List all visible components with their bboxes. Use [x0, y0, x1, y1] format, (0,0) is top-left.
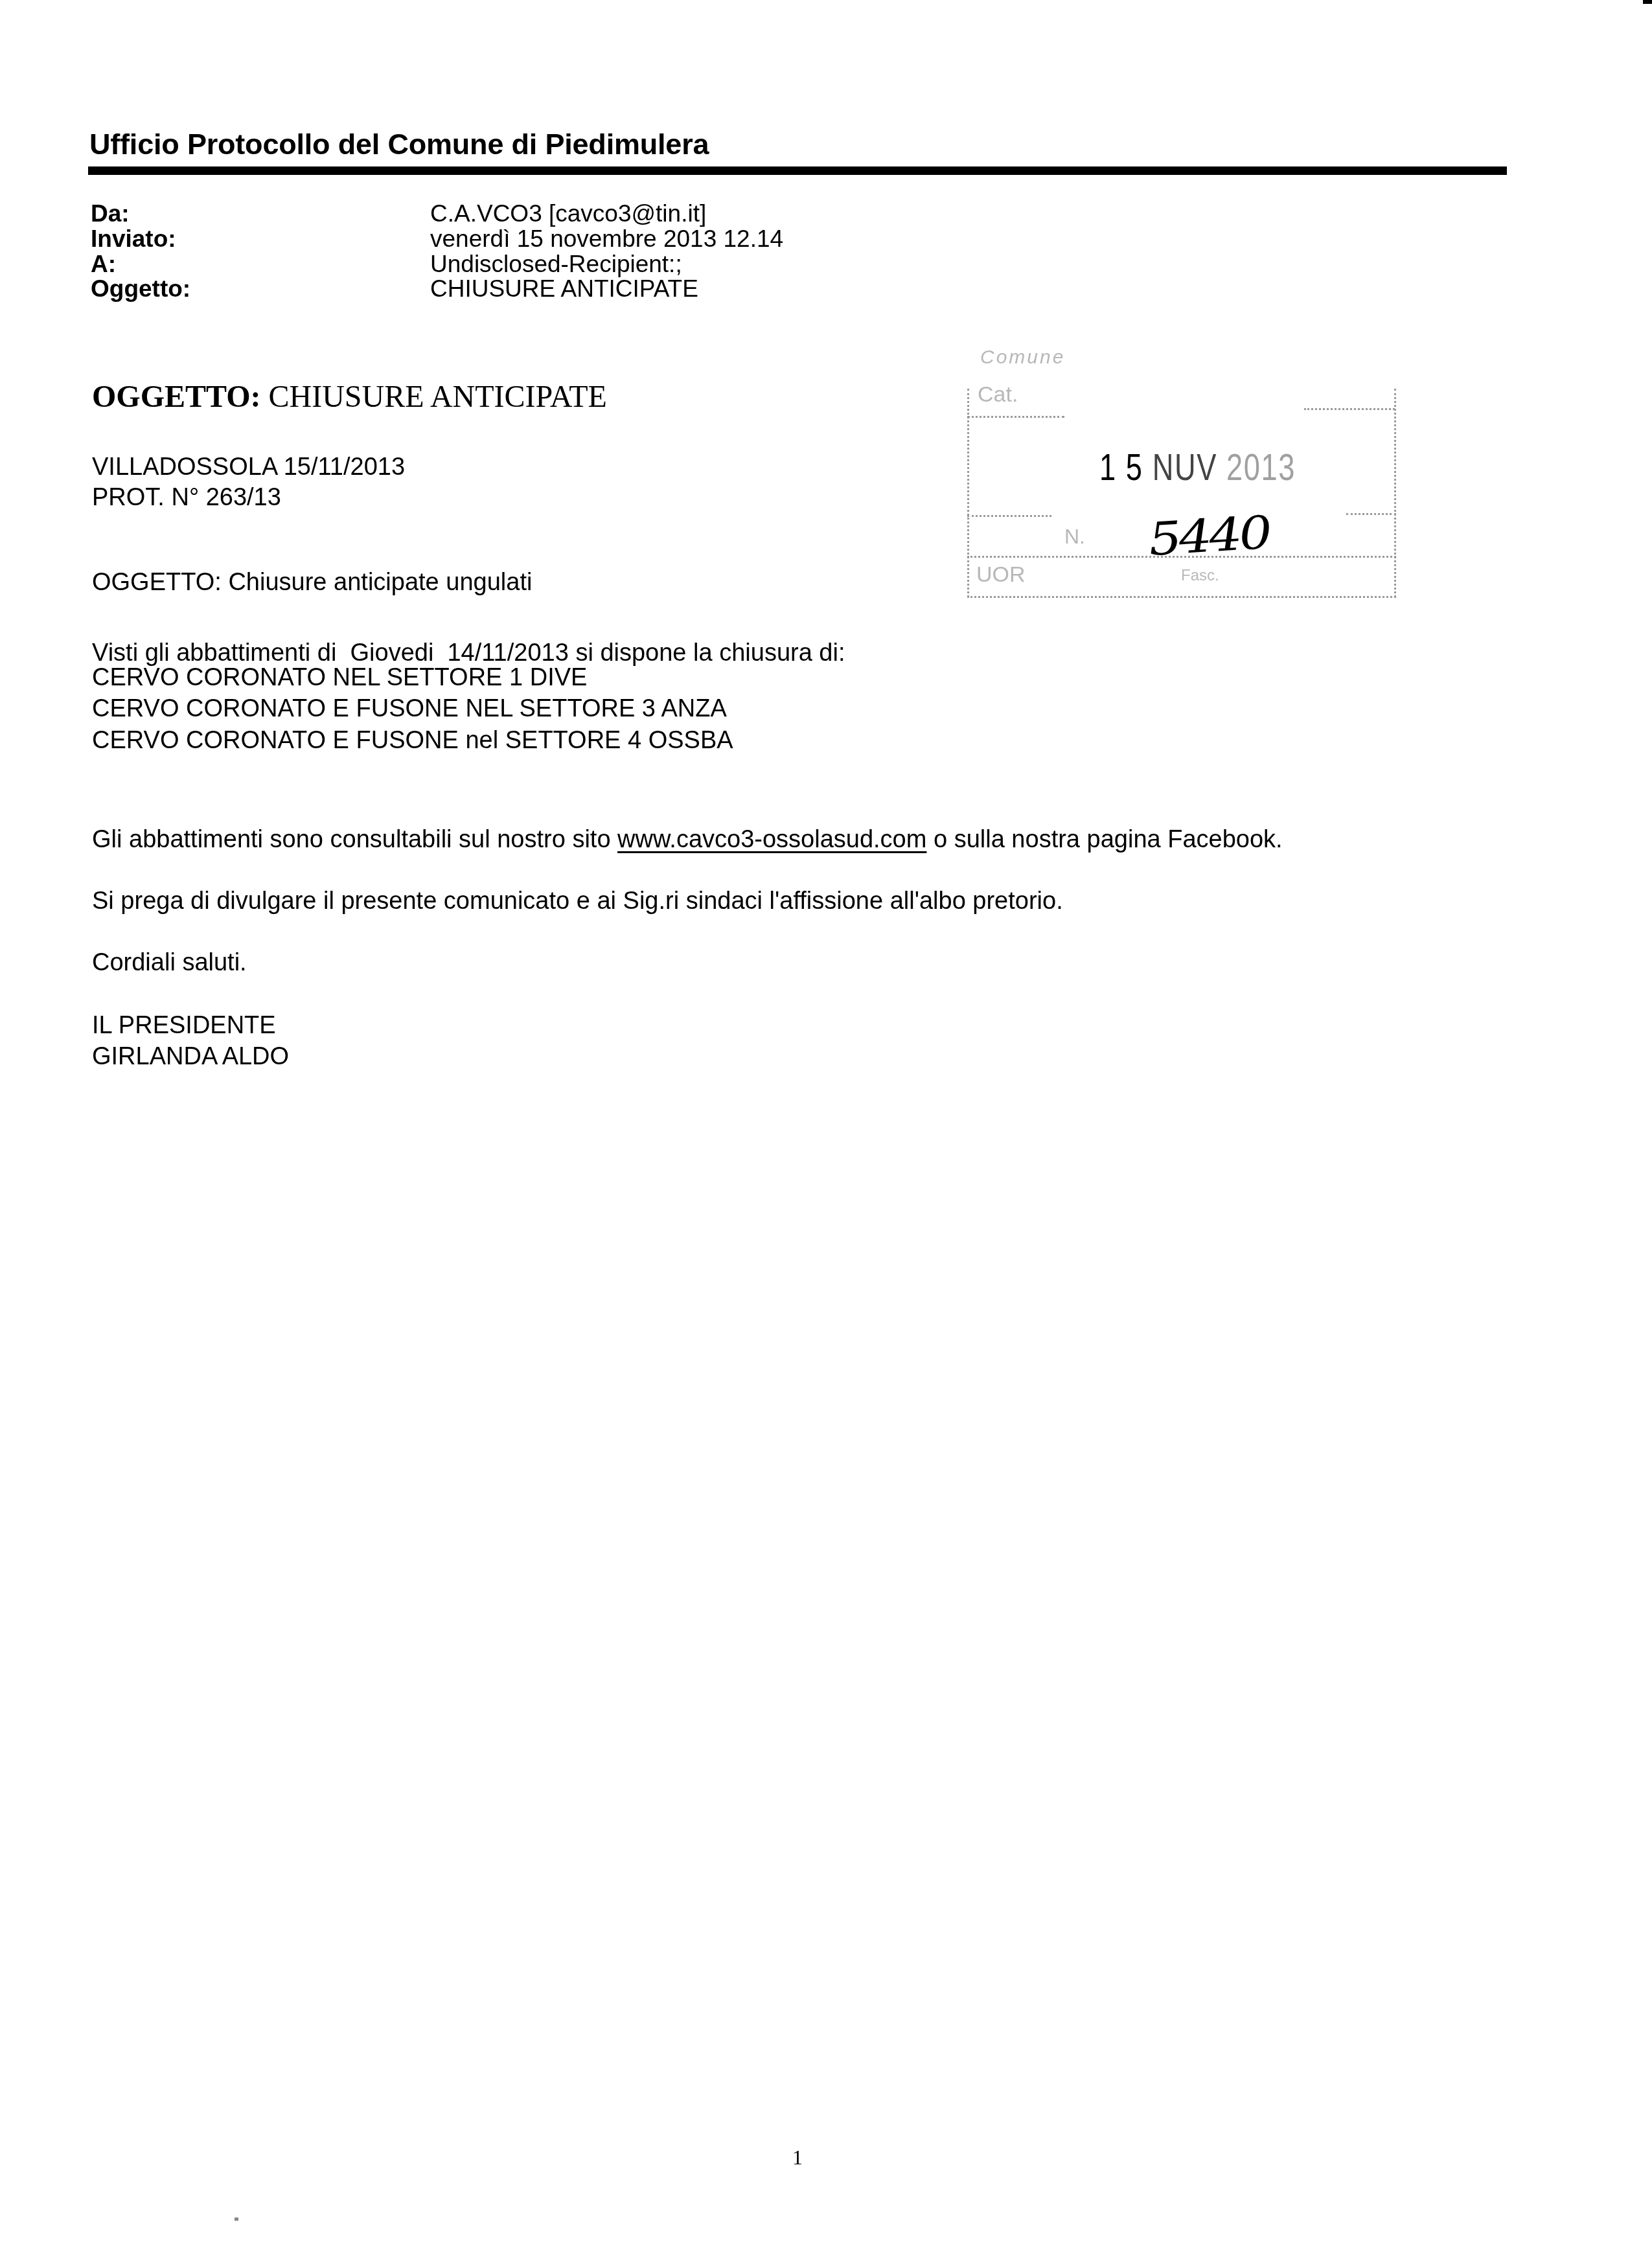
- page-number: 1: [792, 2146, 803, 2170]
- stamp-number-label: N.: [1064, 525, 1085, 549]
- website-link[interactable]: www.cavco3-ossolasud.com: [617, 826, 926, 853]
- subject-line: OGGETTO: Chiusure anticipate ungulati: [92, 569, 532, 597]
- stamp-uor-label: UOR: [976, 562, 1026, 588]
- stamp-category-label: Cat.: [978, 382, 1018, 407]
- title-divider: [88, 166, 1507, 175]
- document-title: Ufficio Protocollo del Comune di Piedimu…: [89, 128, 709, 161]
- place-date: VILLADOSSOLA 15/11/2013: [92, 453, 405, 481]
- closure-item: CERVO CORONATO E FUSONE nel SETTORE 4 OS…: [92, 727, 733, 755]
- stamp-border-bottom: [967, 596, 1396, 598]
- signer-title: IL PRESIDENTE: [92, 1012, 276, 1040]
- from-value: C.A.VCO3 [cavco3@tin.it]: [430, 200, 706, 227]
- closure-item: CERVO CORONATO E FUSONE NEL SETTORE 3 AN…: [92, 695, 727, 723]
- stamp-border-left: [967, 389, 969, 597]
- stamp-divider: [967, 515, 1051, 517]
- info-line: Gli abbattimenti sono consultabili sul n…: [92, 826, 1283, 854]
- greeting: Cordiali saluti.: [92, 949, 247, 977]
- stamp-divider: [967, 416, 1064, 418]
- protocol-number: PROT. N° 263/13: [92, 484, 281, 512]
- to-label: A:: [91, 251, 116, 278]
- scan-artifact: [1643, 0, 1652, 4]
- request-line: Si prega di divulgare il presente comuni…: [92, 888, 1063, 915]
- stamp-border-right: [1394, 389, 1396, 597]
- stamp-divider: [967, 556, 1396, 558]
- intro-line: Visti gli abbattimenti di Giovedi 14/11/…: [92, 639, 845, 667]
- info-text-before: Gli abbattimenti sono consultabili sul n…: [92, 826, 617, 853]
- stamp-date-year: 2013: [1217, 446, 1296, 488]
- stamp-office: Comune: [980, 347, 1065, 369]
- stamp-date-month: NUV: [1143, 446, 1217, 488]
- closure-item: CERVO CORONATO NEL SETTORE 1 DIVE: [92, 664, 587, 692]
- stamp-fasc-label: Fasc.: [1181, 567, 1219, 585]
- signer-name: GIRLANDA ALDO: [92, 1043, 289, 1071]
- sent-value: venerdì 15 novembre 2013 12.14: [430, 225, 783, 253]
- stamp-divider: [1304, 408, 1395, 410]
- subject-label: Oggetto:: [91, 275, 190, 303]
- stamp-date-day: 1 5: [1099, 446, 1143, 488]
- scan-artifact: [235, 2217, 238, 2221]
- subject-heading-label: OGGETTO:: [92, 380, 261, 414]
- subject-heading-text: CHIUSURE ANTICIPATE: [261, 380, 607, 414]
- stamp-date: 1 5 NUV 2013: [1099, 446, 1296, 489]
- sent-label: Inviato:: [91, 225, 176, 253]
- subject-value: CHIUSURE ANTICIPATE: [430, 275, 698, 303]
- info-text-after: o sulla nostra pagina Facebook.: [926, 826, 1282, 853]
- stamp-divider: [1346, 513, 1396, 515]
- protocol-stamp: Comune Cat. 1 5 NUV 2013 N. 5440 UOR Fas…: [967, 343, 1396, 597]
- from-label: Da:: [91, 200, 130, 227]
- to-value: Undisclosed-Recipient:;: [430, 251, 682, 278]
- subject-heading: OGGETTO: CHIUSURE ANTICIPATE: [92, 379, 607, 415]
